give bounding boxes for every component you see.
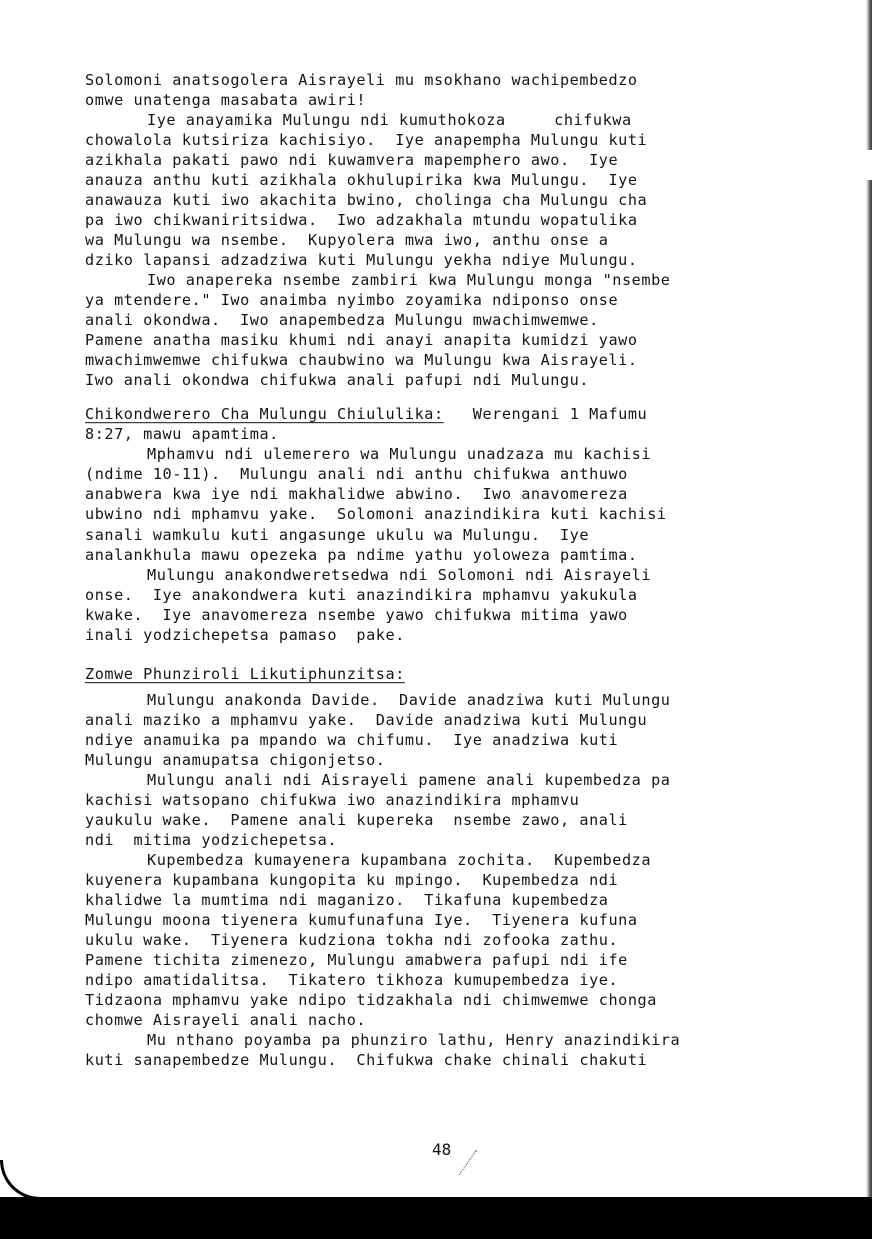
text-line: ndiye anamuika pa mpando wa chifumu. Iye…: [85, 730, 618, 750]
text-line: anawauza kuti iwo akachita bwino, cholin…: [85, 190, 647, 210]
scan-edge-shadow: [866, 0, 872, 1200]
text-line: anali okondwa. Iwo anapembedza Mulungu m…: [85, 310, 599, 330]
text-line: anabwera kwa iye ndi makhalidwe abwino. …: [85, 484, 628, 504]
scanned-page: Solomoni anatsogolera Aisrayeli mu msokh…: [0, 0, 872, 1239]
section-heading-reference: Werengani 1 Mafumu: [444, 405, 648, 423]
text-line: yaukulu wake. Pamene anali kupereka nsem…: [85, 810, 628, 830]
text-line: anauza anthu kuti azikhala okhulupirika …: [85, 170, 638, 190]
text-line: pa iwo chikwaniritsidwa. Iwo adzakhala m…: [85, 210, 638, 230]
text-line: anali maziko a mphamvu yake. Davide anad…: [85, 710, 647, 730]
text-line: Iwo anapereka nsembe zambiri kwa Mulungu…: [85, 270, 670, 290]
text-line: sanali wamkulu kuti angasunge ukulu wa M…: [85, 524, 589, 544]
text-line: Kupembedza kumayenera kupambana zochita.…: [85, 850, 651, 870]
text-line: Mulungu anakondweretsedwa ndi Solomoni n…: [85, 564, 651, 584]
text-line: dziko lapansi adzadziwa kuti Mulungu yek…: [85, 250, 638, 270]
section-heading-row: Chikondwerero Cha Mulungu Chiululika: We…: [85, 404, 647, 424]
text-line: Pamene anatha masiku khumi ndi anayi ana…: [85, 330, 638, 350]
text-line: mwachimwemwe chifukwa chaubwino wa Mulun…: [85, 350, 638, 370]
text-line: omwe unatenga masabata awiri!: [85, 90, 366, 110]
text-line: ya mtendere." Iwo anaimba nyimbo zoyamik…: [85, 290, 618, 310]
section-heading: Chikondwerero Cha Mulungu Chiululika:: [85, 405, 444, 423]
text-line: kachisi watsopano chifukwa iwo anazindik…: [85, 790, 579, 810]
text-line: Iwo anali okondwa chifukwa anali pafupi …: [85, 370, 589, 390]
text-line: Mphamvu ndi ulemerero wa Mulungu unadzaz…: [85, 444, 651, 464]
scan-corner-shadow: [0, 1160, 40, 1200]
scan-edge-gap: [860, 150, 872, 180]
text-line: chowalola kutsiriza kachisiyo. Iye anape…: [85, 130, 647, 150]
text-line: Mulungu anakonda Davide. Davide anadziwa…: [85, 690, 670, 710]
text-line: kwake. Iye anavomereza nsembe yawo chifu…: [85, 605, 628, 625]
pen-mark: [459, 1150, 478, 1176]
text-line: chomwe Aisrayeli anali nacho.: [85, 1010, 366, 1030]
text-line: ukulu wake. Tiyenera kudziona tokha ndi …: [85, 930, 618, 950]
text-line: ndipo amatidalitsa. Tikatero tikhoza kum…: [85, 970, 618, 990]
text-line: Mulungu anali ndi Aisrayeli pamene anali…: [85, 770, 670, 790]
text-line: 8:27, mawu apamtima.: [85, 424, 279, 444]
text-line: Mu nthano poyamba pa phunziro lathu, Hen…: [85, 1030, 680, 1050]
text-line: (ndime 10-11). Mulungu anali ndi anthu c…: [85, 464, 628, 484]
text-line: Mulungu anamupatsa chigonjetso.: [85, 750, 386, 770]
text-line: Tidzaona mphamvu yake ndipo tidzakhala n…: [85, 990, 657, 1010]
text-line: ubwino ndi mphamvu yake. Solomoni anazin…: [85, 504, 667, 524]
text-line: Solomoni anatsogolera Aisrayeli mu msokh…: [85, 70, 638, 90]
text-line: azikhala pakati pawo ndi kuwamvera mapem…: [85, 150, 618, 170]
text-line: ndi mitima yodzichepetsa.: [85, 830, 337, 850]
text-line: kuyenera kupambana kungopita ku mpingo. …: [85, 870, 618, 890]
text-line: Iye anayamika Mulungu ndi kumuthokoza ch…: [85, 110, 632, 130]
scan-bottom-border: [0, 1197, 872, 1239]
text-line: inali yodzichepetsa pamaso pake.: [85, 625, 405, 645]
text-line: khalidwe la mumtima ndi maganizo. Tikafu…: [85, 890, 608, 910]
text-line: Pamene tichita zimenezo, Mulungu amabwer…: [85, 950, 628, 970]
text-line: Mulungu moona tiyenera kumufunafuna Iye.…: [85, 910, 638, 930]
page-number: 48: [432, 1140, 451, 1159]
section-heading: Zomwe Phunziroli Likutiphunzitsa:: [85, 665, 405, 683]
text-line: analankhula mawu opezeka pa ndime yathu …: [85, 544, 638, 564]
text-line: kuti sanapembedze Mulungu. Chifukwa chak…: [85, 1050, 647, 1070]
section-heading-row: Zomwe Phunziroli Likutiphunzitsa:: [85, 664, 405, 684]
text-line: wa Mulungu wa nsembe. Kupyolera mwa iwo,…: [85, 230, 608, 250]
text-line: onse. Iye anakondwera kuti anazindikira …: [85, 585, 638, 605]
